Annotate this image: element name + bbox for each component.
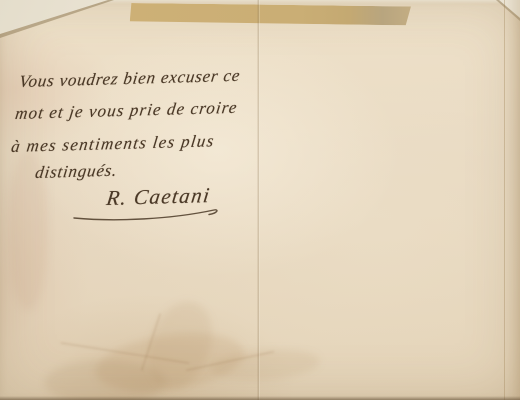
fold-crease [257,0,260,400]
letter-scan: Vous voudrez bien excuser ce mot et je v… [0,0,520,400]
stain-mark [45,360,165,400]
signature-flourish [72,206,224,222]
letter-line: distingués. [34,161,119,183]
paper-texture [0,0,520,400]
paper-right-edge [504,0,520,400]
paper-bottom-edge [0,396,520,400]
